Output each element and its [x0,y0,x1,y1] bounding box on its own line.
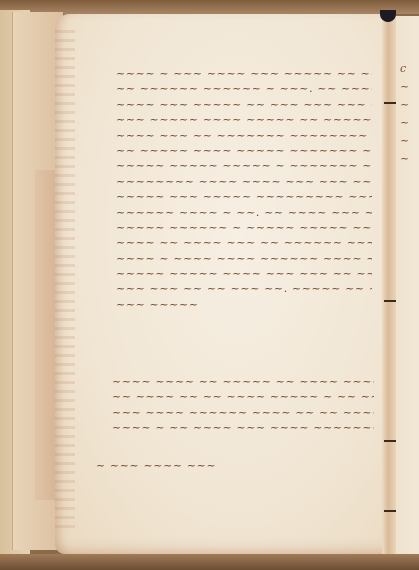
margin-mark: c [400,60,418,78]
handwritten-line: ~~~~ ~~~ ~~ ~~~~~~~ ~~~~~~~~ ~~~ [116,128,372,143]
second-paragraph: ~~~~ ~~~~ ~~ ~~~~~ ~~ ~~~~ ~~~~ ~~ ~~~~ … [112,374,374,436]
gutter-tear [384,510,396,512]
handwritten-line: ~~~ ~~~~~ ~~~~ ~~~~~ ~~ ~~~~~ ~~ [116,112,372,127]
handwritten-line: ~~~~~~~~ ~~~~ ~~~~ ~~~ ~~~ ~~~~ ~~ [116,174,372,189]
handwritten-line: ~~~~ ~~ ~~~~ ~~~ ~~ ~~~~~~ ~~~ ~~~ [116,235,372,250]
handwritten-line: ~~~~~ ~~~~~ ~~~~~ ~ ~~~~~~~ ~~~~ [116,158,372,173]
gutter-tear [384,300,396,302]
handwritten-line: ~~~~ ~~~~ ~~ ~~~~~ ~~ ~~~~ ~~~~ ~~ ~~~~ [112,374,374,389]
handwritten-line: ~~~ ~~~~~ [116,297,372,312]
margin-mark: ~ [400,114,418,132]
gutter-tear [384,440,396,442]
main-paragraph: ~~~~ ~ ~~~ ~~~~ ~~~ ~~~~~ ~~ ~~~~ ~~ ~~~… [116,66,372,312]
book-gutter [382,14,396,556]
handwritten-line: ~~ ~~~~~~ ~~~~~~ ~ ~~~. ~~ ~~~~~~ [116,81,372,96]
handwritten-line: ~~~~~~ ~~~~ ~ ~~. ~~ ~~~~ ~~~ ~~ [116,205,372,220]
handwritten-line: ~~~~ ~ ~~~~ ~~~~ ~~~~~~ ~~~~ ~~~ [116,251,372,266]
handwritten-line: ~~~~~ ~~~~~ ~~~~ ~~~ ~~~ ~~ ~~~~~~ [116,266,372,281]
manuscript-photo: ~~~~ ~ ~~~ ~~~~ ~~~ ~~~~~ ~~ ~~~~ ~~ ~~~… [0,0,419,570]
handwritten-line: ~~ ~~~~~ ~~~~ ~~~~~ ~~~~~~~ ~~~ [116,143,372,158]
handwritten-line: ~~~~ ~ ~~~ ~~~~ ~~~ ~~~~~ ~~ ~~~~ [116,66,372,81]
handwritten-line: ~~~~ ~~~ ~~~~~ ~~ ~~~ ~~~ ~~~ ~~ [116,97,372,112]
handwritten-line: ~~ ~~~~ ~~ ~~ ~~~~ ~~~~~ ~ ~~ ~~~ [112,389,374,404]
handwritten-line: ~~~~~ ~~~~~~ ~ ~~~~~ ~~~~~ ~~~~~~ [116,220,372,235]
handwritten-line: ~~~ ~~~ ~~ ~~ ~~~ ~~. ~~~~~ ~~ ~~~~ [116,281,372,296]
handwritten-line: ~~~ ~~~~ ~~~~~~ ~~~~ ~~ ~~ ~~~~~~~ [112,405,374,420]
margin-mark: ~ [400,150,418,168]
handwritten-line: ~~~~~ ~~~ ~~~~~ ~~~~~~~~~ ~~~~~ [116,189,372,204]
margin-mark: ~ [400,132,418,150]
handwritten-signature: ~ ~~~ ~~~~ ~~~~~ [96,458,216,473]
margin-mark: ~ [400,78,418,96]
signature-line: ~ ~~~ ~~~~ ~~~~~ [96,458,216,473]
binding-bottom-edge [0,554,419,570]
gutter-tear [384,102,396,104]
handwritten-line: ~~~~ ~ ~~ ~~~~ ~~~ ~~~~ ~~~~~~~ [112,420,374,435]
margin-mark: ~ [400,96,418,114]
left-page-stub [35,170,57,500]
page-edge-staining [55,30,75,530]
facing-page-margin-marks: c ~ ~ ~ ~ ~ [400,60,418,168]
